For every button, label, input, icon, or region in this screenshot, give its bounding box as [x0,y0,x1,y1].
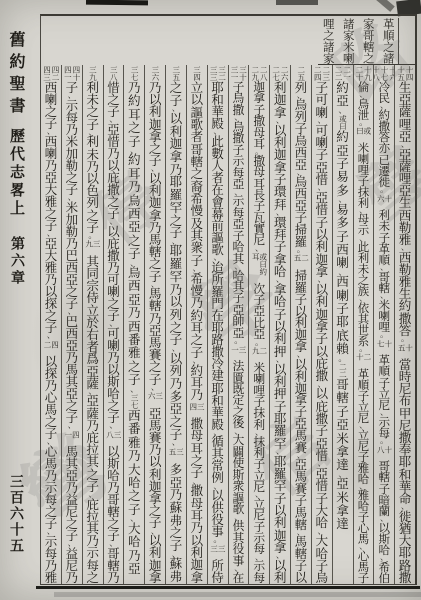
column-text: 耶和華殿、此數人者在會幕前謳歌、迨所羅門在耶路撒冷建耶和華殿、循其常例、以供役事… [208,81,228,584]
column-text: 生亞薩哩亞、亞薩哩亞生西勒雅、西勒雅生約撒答。十五當時尼布甲尼撒奉耶和華命、徙猶… [395,81,415,584]
running-header-column: 諸家米喇 [342,18,354,64]
verse-number: 十四 [406,66,414,81]
verse-number: 二一 [343,66,351,81]
verse-numbers: 三七 [124,65,144,81]
verse-numbers: 三十三一 [229,65,249,81]
text-frame: 革順之諸 家哥轄之 諸家米喇 哩之諸家 十四十五生亞薩哩亞、亞薩哩亞生西勒雅、西… [40,14,417,585]
inline-note: 三四 [189,403,204,417]
scan-smudge [367,0,394,12]
inline-note: 三一 [231,346,246,360]
verse-number: 二十 [355,66,363,81]
text-column: 二五列、烏列子烏西亞、烏西亞子掃羅。二五掃羅子以利迦拿、以利迦拿子亞馬賽、亞馬賽… [290,65,311,584]
verse-number: 四二 [52,66,60,81]
verse-number: 二七 [272,66,280,81]
verse-number: 三四 [193,66,201,81]
column-text: 列、烏列子烏西亞、烏西亞子掃羅。二五掃羅子以利迦拿、以利迦拿子亞馬賽、亞馬賽子馬… [291,81,311,584]
verse-numbers: 二五 [291,65,311,81]
verse-number: 二六 [281,66,289,81]
section-title: 歷代志畧上 [9,128,24,218]
text-column: 十九二十倫、烏泄。或曰米喇哩子抹利、母示、此利未之族、依其世系。二十革順子立尼、… [353,65,374,584]
verse-number: 二三 [322,66,330,81]
column-text: 西喇之子、西喇乃亞大雅之子、亞大雅乃以探之子、四二以探乃心馬之子、心馬乃示每之子… [41,81,61,584]
text-column: 三七乃約耳之子、約耳乃烏西亞之子、烏西亞乃西番雅之子、三七西番雅乃大哈之子、大哈… [123,65,144,584]
verse-number: 三八 [110,66,118,81]
column-text: 惜之子、亞惜乃以庇撒之子、以庇撒乃可喇之子、可喇乃以斯哈之子、三八以斯哈乃哥轄之… [104,81,124,584]
column-text: 子、示每乃米加勒之子、米加勒乃巴西亞之子、巴西亞乃馬其亞之子、四一馬其亞乃益尼之… [62,81,82,584]
inline-note: 四一 [64,431,79,445]
column-text: 子可喇、可喇子亞惜、亞惜子以利迦拿、以利迦拿子以庇撒、以庇撒子亞惜、亞惜子大哈、… [312,81,332,584]
text-column: 二三二四子可喇、可喇子亞惜、亞惜子以利迦拿、以利迦拿子以庇撒、以庇撒子亞惜、亞惜… [311,65,332,584]
verse-number: 三五 [172,66,180,81]
column-text: 迦拿子撒母耳。撒母耳長子瓦實尼、或曰約耳次子亞比亞。二九米喇哩子抹利、抹利子立尼… [249,81,269,584]
inline-note: 十八 [377,446,392,461]
verse-numbers: 二一二二 [333,65,353,81]
text-column: 三四立以謳歌者哥轄之裔希慢及其衆子、希慢乃約耳之子、約耳乃三四撒母耳之子、撒母耳… [186,65,207,584]
inline-note: 或曰約耳 [252,253,267,282]
inline-note: 二九 [252,347,267,362]
inline-note: 十七 [377,340,392,355]
text-column: 三九利未之子、利未乃以色列之子。三九其同宗侍立於右者爲亞薩、亞薩乃庇拉其之子、庇… [82,65,103,584]
text-column: 二六二七利迦拿、以利迦拿子環拜、環拜子拿哈、拿哈子以利押、以利押子耶羅罕、耶羅罕… [269,65,290,584]
inline-note: 十五 [398,344,413,358]
verse-numbers: 四二四三 [41,65,61,81]
verse-numbers: 三四 [187,65,207,81]
column-text: 約亞、或曰約亞子易多、易多子西喇、西喇子耶底賴。二二哥轄子亞米拿達、亞米拿達 [333,81,353,584]
scan-smudge [276,0,318,5]
chapter-label: 第六章 [10,236,24,287]
page-number: 三百六十五 [9,474,23,554]
text-column: 三二三三耶和華殿、此數人者在會幕前謳歌、迨所羅門在耶路撒冷建耶和華殿、循其常例、… [207,65,228,584]
inline-note: 十六 [377,195,392,210]
inline-note: 或曰 [339,115,347,130]
text-column: 四二四三西喇之子、西喇乃亞大雅之子、亞大雅乃以探之子、四二以探乃心馬之子、心馬乃… [41,65,61,584]
text-column: 三八惜之子、亞惜乃以庇撒之子、以庇撒乃可喇之子、可喇乃以斯哈之子、三八以斯哈乃哥… [103,65,124,584]
inline-note: 二十 [356,353,371,368]
inline-note: 三五 [168,448,183,463]
text-column: 三十三一子烏撒、烏撒子示每亞、示每亞子哈其、哈其子亞帥亞。三一法匱既定之後、大闢… [228,65,249,584]
running-header: 革順之諸 家哥轄之 諸家米喇 哩之諸家 [318,18,399,64]
inline-note: 三九 [85,240,100,254]
verse-number: 二四 [314,66,322,81]
verse-number: 十五 [397,66,405,81]
column-text: 冷民、約撒答亦已遷徙。十六利未子革順、哥轄、米喇哩。十七革順子立尼、示每。十八哥… [374,81,394,584]
inline-note: 或曰 [356,127,371,142]
inline-note: 二二 [339,363,347,378]
verse-number: 三十 [239,66,247,81]
verse-number: 三六 [151,66,159,81]
text-columns: 十四十五生亞薩哩亞、亞薩哩亞生西勒雅、西勒雅生約撒答。十五當時尼布甲尼撒奉耶和華… [41,65,415,585]
column-text: 子烏撒、烏撒子示每亞、示每亞子哈其、哈其子亞帥亞。三一法匱既定之後、大闢使斯衆謳… [229,81,249,584]
text-column: 二八二九迦拿子撒母耳。撒母耳長子瓦實尼、或曰約耳次子亞比亞。二九米喇哩子抹利、抹… [248,65,269,584]
text-column: 三五之子、以利迦拿乃耶羅罕之子、耶羅罕乃以列之子、以列乃多亞之子、三五多亞乃蘇弗… [165,65,186,584]
verse-number: 十八 [373,66,379,81]
verse-number: 二二 [335,66,343,81]
verse-numbers: 二三二四 [312,65,332,81]
verse-number: 四十 [72,66,80,81]
verse-number: 三二 [218,66,226,81]
verse-number: 三七 [131,66,139,81]
book-title: 舊約聖書 [8,31,24,119]
verse-numbers: 三九 [83,65,103,81]
verse-number: 二五 [297,66,305,81]
column-text: 乃約耳之子、約耳乃烏西亞之子、烏西亞乃西番雅之子、三七西番雅乃大哈之子、大哈乃亞 [124,81,144,584]
inline-note: 三八 [106,431,121,445]
verse-number: 四一 [64,66,72,81]
bottom-shadow [54,592,421,597]
verse-numbers: 三八 [104,65,124,81]
verse-numbers: 二六二七 [270,65,290,81]
verse-number: 四三 [43,66,51,81]
scanned-book-page: 舊約聖書 歷代志畧上 第六章 三百六十五 革順之諸 家哥轄之 諸家米喇 哩之諸家… [0,0,421,600]
verse-numbers: 十六十七十八 [374,65,394,81]
inline-note: 四二 [44,341,59,355]
column-text: 立以謳歌者哥轄之裔希慢及其衆子、希慢乃約耳之子、約耳乃三四撒母耳之子、撒母耳乃以… [187,81,207,584]
text-column: 四十四一子、示每乃米加勒之子、米加勒乃巴西亞之子、巴西亞乃馬其亞之子、四一馬其亞… [61,65,82,584]
running-header-column: 哩之諸家 [322,18,334,64]
inline-note: 三七 [131,394,139,409]
verse-number: 三三 [210,66,218,81]
verse-number: 十九 [364,66,372,81]
verse-number: 二八 [260,66,268,81]
column-text: 倫、烏泄。或曰米喇哩子抹利、母示、此利未之族、依其世系。二十革順子立尼、立尼子雅… [354,81,374,584]
text-column: 十六十七十八冷民、約撒答亦已遷徙。十六利未子革順、哥轄、米喇哩。十七革順子立尼、… [373,65,394,584]
verse-number: 十七 [381,66,389,81]
verse-numbers: 三二三三 [208,65,228,81]
inline-note: 三三 [210,545,225,559]
column-text: 利未之子、利未乃以色列之子。三九其同宗侍立於右者爲亞薩、亞薩乃庇拉其之子、庇拉其… [83,81,103,584]
verse-numbers: 三六 [145,65,165,81]
bottom-rule [36,586,420,589]
verse-number: 三一 [230,66,238,81]
running-header-column: 家哥轄之 [362,18,374,64]
running-header-column: 革順之諸 [382,18,394,64]
inline-note: 二五 [293,254,308,269]
verse-numbers: 二八二九 [249,65,269,81]
verse-numbers: 十九二十 [354,65,374,81]
column-text: 之子、以利迦拿乃耶羅罕之子、耶羅罕乃以列之子、以列乃多亞之子、三五多亞乃蘇弗之子… [166,81,186,584]
text-column: 二一二二約亞、或曰約亞子易多、易多子西喇、西喇子耶底賴。二二哥轄子亞米拿達、亞米… [332,65,353,584]
column-text: 利迦拿、以利迦拿子環拜、環拜子拿哈、拿哈子以利押、以利押子耶羅罕、耶羅罕子以利迦… [270,81,290,584]
scan-smudge [86,0,148,5]
verse-numbers: 四十四一 [62,65,82,81]
text-column: 三六乃以利迦拿之子、以利迦拿乃馬轄之子、馬轄乃亞馬賽之子、三六亞馬賽乃以利迦拿之… [144,65,165,584]
verse-numbers: 三五 [166,65,186,81]
text-column: 十四十五生亞薩哩亞、亞薩哩亞生西勒雅、西勒雅生約撒答。十五當時尼布甲尼撒奉耶和華… [394,65,415,584]
column-text: 乃以利迦拿之子、以利迦拿乃馬轄之子、馬轄乃亞馬賽之子、三六亞馬賽乃以利迦拿之子、… [145,81,165,584]
inline-note: 三六 [148,392,163,406]
verse-numbers: 十四十五 [395,65,415,81]
verse-number: 二九 [251,66,259,81]
verse-number: 三九 [89,66,97,81]
